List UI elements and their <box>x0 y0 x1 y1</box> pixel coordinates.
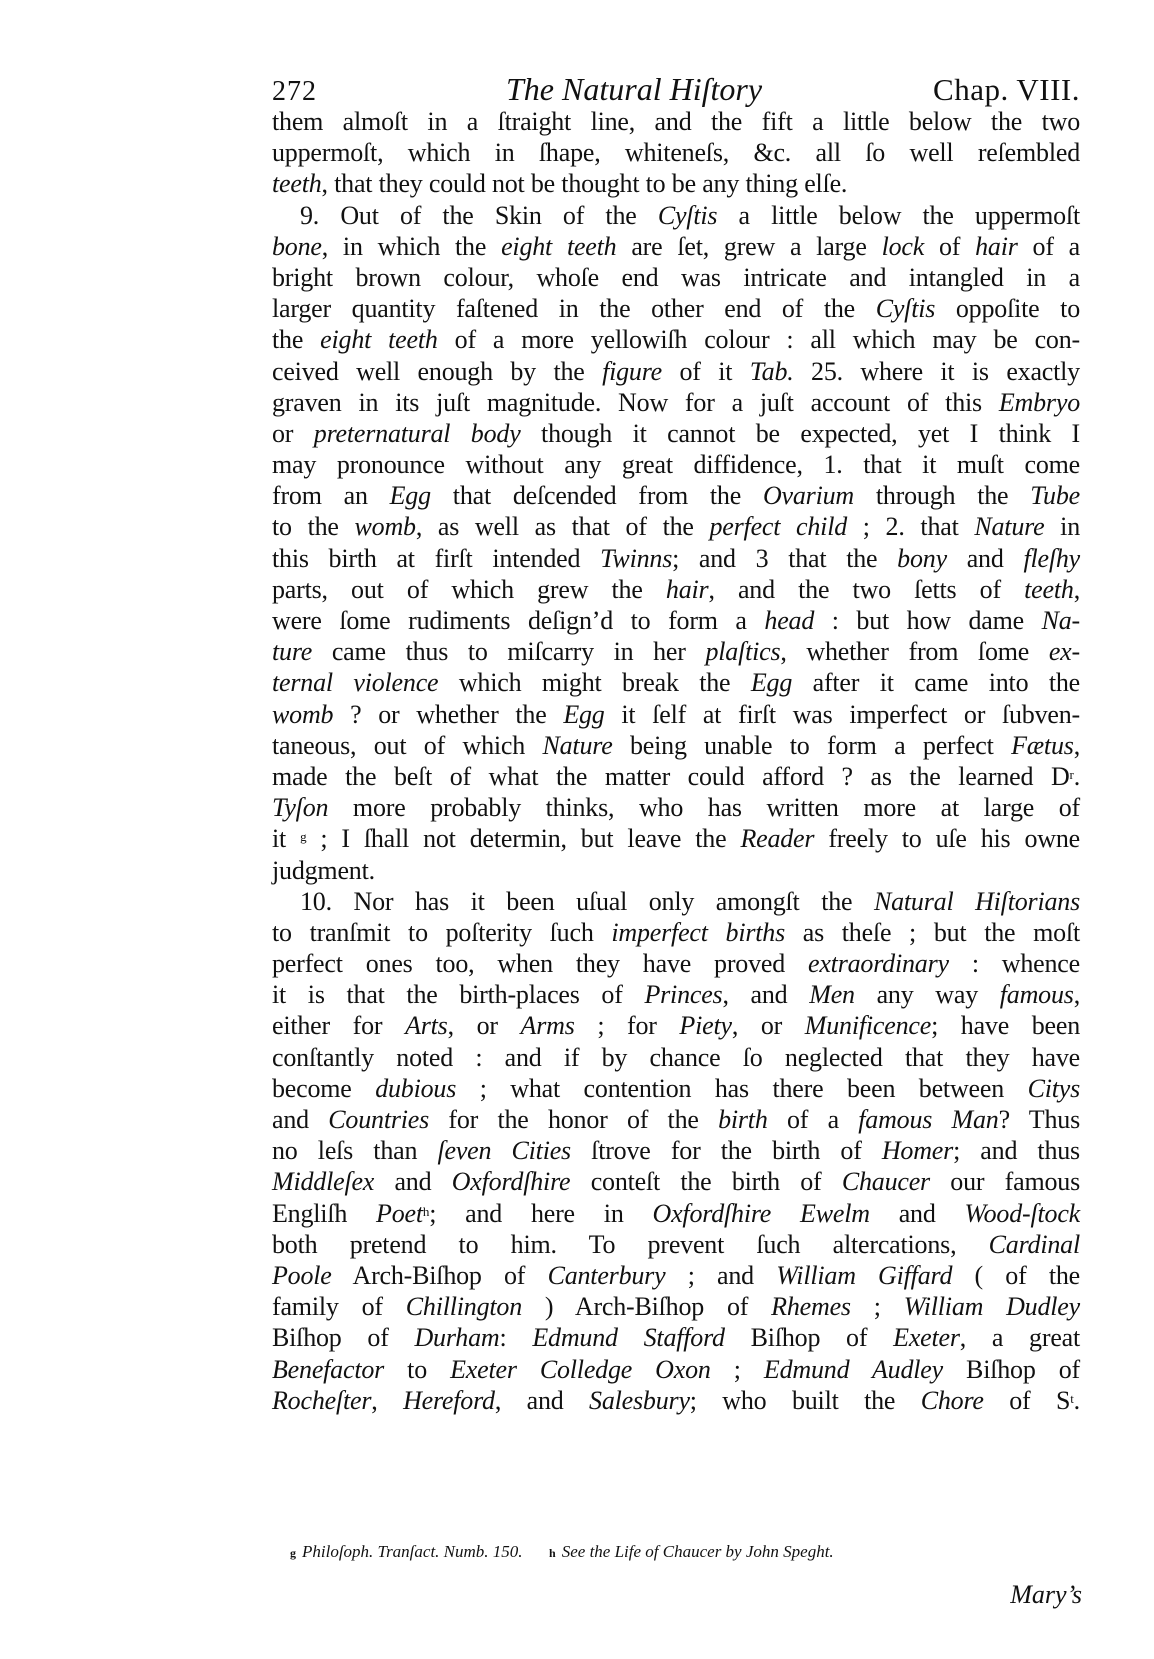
roman-text: . <box>1074 1386 1080 1415</box>
italic-text: Homer <box>882 1136 953 1165</box>
text-line: no leſs than ſeven Cities ſtrove for the… <box>272 1135 1080 1166</box>
running-title: The Natural Hiſtory <box>506 72 762 106</box>
italic-text: teeth <box>1024 575 1074 604</box>
roman-text: and <box>870 1199 965 1228</box>
roman-text: in <box>1044 512 1080 541</box>
roman-text: came thus to miſcarry in her <box>312 637 705 666</box>
footnote-mark: h <box>549 1546 556 1560</box>
roman-text: bright brown colour, whoſe end was intri… <box>272 263 1080 292</box>
roman-text: of a <box>1018 232 1080 261</box>
roman-text: Biſhop of <box>943 1355 1080 1384</box>
page-number: 272 <box>272 75 317 109</box>
roman-text: may pronounce without any great diffiden… <box>272 450 1080 479</box>
roman-text: of S <box>984 1386 1070 1415</box>
text-line: it g ; I ſhall not determin, but leave t… <box>272 823 1080 854</box>
italic-text: Nature <box>542 731 612 760</box>
roman-text: parts, out of which grew the <box>272 575 666 604</box>
roman-text: , that they could not be thought to be a… <box>322 169 848 198</box>
roman-text: though it cannot be expected, yet I thin… <box>521 419 1080 448</box>
roman-text: Engliſh <box>272 1199 376 1228</box>
roman-text: : but how dame <box>814 606 1041 635</box>
roman-text: conteſt the birth of <box>570 1167 841 1196</box>
text-line: Tyſon more probably thinks, who has writ… <box>272 792 1080 823</box>
italic-text: Fætus <box>1011 731 1074 760</box>
italic-text: Salesbury <box>589 1386 690 1415</box>
italic-text: ture <box>272 637 312 666</box>
roman-text: ; and here in <box>429 1199 652 1228</box>
italic-text: Nature <box>974 512 1044 541</box>
text-line: Biſhop of Durham: Edmund Stafford Biſhop… <box>272 1322 1080 1353</box>
italic-text: Egg <box>390 481 431 510</box>
footnote-text: Philoſoph. Tranſact. Numb. 150. <box>302 1542 523 1561</box>
roman-text: and <box>374 1167 452 1196</box>
roman-text: , <box>1074 731 1080 760</box>
italic-text: ſeven Cities <box>437 1136 571 1165</box>
roman-text: 25. where it is exactly <box>794 357 1080 386</box>
roman-text: were ſome rudiments deſign’d to form a <box>272 606 764 635</box>
italic-text: Ovarium <box>763 481 854 510</box>
footnote-g: gPhiloſoph. Tranſact. Numb. 150. <box>290 1542 527 1561</box>
italic-text: Tab. <box>750 357 794 386</box>
roman-text: perfect ones too, when they have proved <box>272 949 808 978</box>
text-line: made the beſt of what the matter could a… <box>272 761 1080 792</box>
roman-text: . <box>1074 762 1080 791</box>
text-line: ceived well enough by the figure of it T… <box>272 356 1080 387</box>
roman-text: ( of the <box>952 1261 1080 1290</box>
text-line: parts, out of which grew the hair, and t… <box>272 574 1080 605</box>
italic-text: bone <box>272 232 322 261</box>
text-line: taneous, out of which Nature being unabl… <box>272 730 1080 761</box>
italic-text: Exeter <box>893 1323 960 1352</box>
roman-text: judgment. <box>272 856 375 885</box>
text-line: the eight teeth of a more yellowiſh colo… <box>272 324 1080 355</box>
roman-text: uppermoſt, which in ſhape, whiteneſs, &c… <box>272 138 1080 167</box>
text-line: become dubious ; what contention has the… <box>272 1073 1080 1104</box>
text-line: 9. Out of the Skin of the Cyſtis a littl… <box>272 200 1080 231</box>
text-line: bright brown colour, whoſe end was intri… <box>272 262 1080 293</box>
text-line: larger quantity faſtened in the other en… <box>272 293 1080 324</box>
text-line: Engliſh Poeth; and here in Oxfordſhire E… <box>272 1198 1080 1229</box>
roman-text: ceived well enough by the <box>272 357 602 386</box>
italic-text: Chore <box>921 1386 984 1415</box>
roman-text: the <box>272 325 320 354</box>
roman-text: of a more yellowiſh colour : all which m… <box>438 325 1080 354</box>
italic-text: Egg <box>751 668 792 697</box>
text-line: womb ? or whether the Egg it ſelf at fir… <box>272 699 1080 730</box>
italic-text: Piety <box>679 1011 731 1040</box>
italic-text: dubious <box>375 1074 456 1103</box>
italic-text: Egg <box>563 700 604 729</box>
italic-text: Middleſex <box>272 1167 374 1196</box>
italic-text: ex- <box>1049 637 1080 666</box>
roman-text: through the <box>854 481 1030 510</box>
chapter-label: Chap. VIII. <box>933 73 1080 107</box>
italic-text: Benefactor <box>272 1355 384 1384</box>
text-line: conſtantly noted : and if by chance ſo n… <box>272 1042 1080 1073</box>
italic-text: womb <box>272 700 333 729</box>
roman-text: 9. Out of the Skin of the <box>300 201 658 230</box>
roman-text: this birth at firſt intended <box>272 544 600 573</box>
italic-text: Embryo <box>999 388 1080 417</box>
roman-text: : whence <box>949 949 1080 978</box>
footnote-text: See the Life of Chaucer by John Speght. <box>562 1542 834 1561</box>
roman-text: and <box>272 1105 328 1134</box>
roman-text: them almoſt in a ſtraight line, and the … <box>272 107 1080 136</box>
text-line: Benefactor to Exeter Colledge Oxon ; Edm… <box>272 1354 1080 1385</box>
text-line: to the womb, as well as that of the perf… <box>272 511 1080 542</box>
text-line: ture came thus to miſcarry in her plaſti… <box>272 636 1080 667</box>
text-line: uppermoſt, which in ſhape, whiteneſs, &c… <box>272 137 1080 168</box>
text-line: may pronounce without any great diffiden… <box>272 449 1080 480</box>
text-line: 10. Nor has it been uſual only amongſt t… <box>272 886 1080 917</box>
roman-text: that deſcended from the <box>431 481 763 510</box>
roman-text: of it <box>662 357 750 386</box>
italic-text: lock <box>882 232 925 261</box>
italic-text: Oxfordſhire <box>452 1167 571 1196</box>
text-line: either for Arts, or Arms ; for Piety, or… <box>272 1010 1080 1041</box>
roman-text: , and the two ſetts of <box>708 575 1024 604</box>
italic-text: Cyſtis <box>658 201 717 230</box>
roman-text: either for <box>272 1011 405 1040</box>
catchword: Mary’s <box>1010 1580 1082 1610</box>
roman-text: ; for <box>575 1011 680 1040</box>
roman-text: , as well as that of the <box>416 512 710 541</box>
italic-text: William Giffard <box>776 1261 952 1290</box>
italic-text: famous <box>1000 980 1074 1009</box>
roman-text: both pretend to him. To prevent ſuch alt… <box>272 1230 989 1259</box>
roman-text: ſtrove for the birth of <box>571 1136 882 1165</box>
italic-text: fleſhy <box>1023 544 1080 573</box>
roman-text: 10. Nor has it been uſual only amongſt t… <box>300 887 874 916</box>
italic-text: Poet <box>376 1199 423 1228</box>
italic-text: Na- <box>1042 606 1080 635</box>
roman-text: , whether from ſome <box>780 637 1048 666</box>
italic-text: Cyſtis <box>876 294 935 323</box>
roman-text: no leſs than <box>272 1136 437 1165</box>
italic-text: Princes <box>644 980 722 1009</box>
book-page: 272 The Natural Hiſtory Chap. VIII. them… <box>272 72 1080 1416</box>
italic-text: perfect child <box>710 512 848 541</box>
roman-text: become <box>272 1074 375 1103</box>
roman-text: any way <box>855 980 1000 1009</box>
italic-text: extraordinary <box>808 949 949 978</box>
roman-text: taneous, out of which <box>272 731 542 760</box>
text-line: it is that the birth-places of Princes, … <box>272 979 1080 1010</box>
italic-text: Twinns <box>600 544 672 573</box>
roman-text: which might break the <box>438 668 750 697</box>
roman-text: ; <box>711 1355 764 1384</box>
roman-text: , or <box>732 1011 805 1040</box>
text-line: were ſome rudiments deſign’d to form a h… <box>272 605 1080 636</box>
roman-text: ; <box>851 1292 904 1321</box>
italic-text: Chillington <box>406 1292 522 1321</box>
roman-text: ; I ſhall not determin, but leave the <box>306 824 740 853</box>
italic-text: Durham <box>414 1323 499 1352</box>
roman-text: ) Arch-Biſhop of <box>522 1292 771 1321</box>
text-line: Poole Arch-Biſhop of Canterbury ; and Wi… <box>272 1260 1080 1291</box>
italic-text: William Dudley <box>904 1292 1080 1321</box>
italic-text: Countries <box>328 1105 429 1134</box>
text-line: to tranſmit to poſterity ſuch imperfect … <box>272 917 1080 948</box>
roman-text: ; what contention has there been between <box>456 1074 1027 1103</box>
roman-text: ; who built the <box>690 1386 921 1415</box>
footnote-h: hSee the Life of Chaucer by John Speght. <box>549 1542 834 1561</box>
roman-text: it ſelf at firſt was imperfect or ſubven… <box>605 700 1080 729</box>
footnotes: gPhiloſoph. Tranſact. Numb. 150. hSee th… <box>290 1542 1070 1562</box>
roman-text: oppoſite to <box>935 294 1080 323</box>
italic-text: eight teeth <box>320 325 438 354</box>
roman-text: of a <box>768 1105 859 1134</box>
italic-text: preternatural body <box>314 419 521 448</box>
roman-text: ; 2. that <box>847 512 974 541</box>
body-text: them almoſt in a ſtraight line, and the … <box>272 106 1080 1416</box>
italic-text: Oxfordſhire Ewelm <box>653 1199 870 1228</box>
italic-text: bony <box>897 544 947 573</box>
text-line: from an Egg that deſcended from the Ovar… <box>272 480 1080 511</box>
text-line: family of Chillington ) Arch-Biſhop of R… <box>272 1291 1080 1322</box>
roman-text: : <box>500 1323 533 1352</box>
roman-text: family of <box>272 1292 406 1321</box>
text-line: ternal violence which might break the Eg… <box>272 667 1080 698</box>
italic-text: teeth <box>272 169 322 198</box>
roman-text: Biſhop of <box>272 1323 414 1352</box>
text-line: and Countries for the honor of the birth… <box>272 1104 1080 1135</box>
roman-text: ; and thus <box>953 1136 1080 1165</box>
text-line: Rocheſter, Hereford, and Salesbury; who … <box>272 1385 1080 1416</box>
running-header: 272 The Natural Hiſtory Chap. VIII. <box>272 72 1080 106</box>
roman-text: are ſet, grew a large <box>616 232 881 261</box>
roman-text: Biſhop of <box>725 1323 893 1352</box>
italic-text: head <box>764 606 814 635</box>
roman-text: graven in its juſt magnitude. Now for a … <box>272 388 999 417</box>
italic-text: Chaucer <box>842 1167 930 1196</box>
text-line: both pretend to him. To prevent ſuch alt… <box>272 1229 1080 1260</box>
text-line: judgment. <box>272 855 1080 886</box>
italic-text: figure <box>602 357 662 386</box>
text-line: or preternatural body though it cannot b… <box>272 418 1080 449</box>
italic-text: Munificence <box>805 1011 931 1040</box>
text-line: perfect ones too, when they have proved … <box>272 948 1080 979</box>
text-line: graven in its juſt magnitude. Now for a … <box>272 387 1080 418</box>
roman-text: made the beſt of what the matter could a… <box>272 762 1070 791</box>
italic-text: womb <box>355 512 416 541</box>
italic-text: Canterbury <box>548 1261 666 1290</box>
italic-text: Edmund Stafford <box>532 1323 725 1352</box>
footnote-mark: g <box>290 1546 296 1560</box>
roman-text: from an <box>272 481 390 510</box>
italic-text: Reader <box>740 824 814 853</box>
roman-text: , a great <box>960 1323 1080 1352</box>
roman-text: , and <box>722 980 809 1009</box>
roman-text: to <box>384 1355 450 1384</box>
italic-text: birth <box>718 1105 768 1134</box>
text-line: them almoſt in a ſtraight line, and the … <box>272 106 1080 137</box>
roman-text: ; and <box>665 1261 776 1290</box>
italic-text: Cardinal <box>989 1230 1080 1259</box>
roman-text: Arch-Biſhop of <box>332 1261 548 1290</box>
roman-text: to tranſmit to poſterity ſuch <box>272 918 611 947</box>
roman-text: or <box>272 419 314 448</box>
italic-text: Men <box>809 980 855 1009</box>
roman-text: , or <box>448 1011 521 1040</box>
italic-text: Rhemes <box>771 1292 851 1321</box>
roman-text: , <box>371 1386 403 1415</box>
roman-text: larger quantity faſtened in the other en… <box>272 294 876 323</box>
roman-text: conſtantly noted : and if by chance ſo n… <box>272 1043 1080 1072</box>
italic-text: Tyſon <box>272 793 328 822</box>
text-line: teeth, that they could not be thought to… <box>272 168 1080 199</box>
roman-text: to the <box>272 512 355 541</box>
italic-text: Arts <box>405 1011 448 1040</box>
italic-text: ternal violence <box>272 668 438 697</box>
roman-text: our famous <box>930 1167 1080 1196</box>
roman-text: ? or whether the <box>333 700 563 729</box>
italic-text: Citys <box>1028 1074 1080 1103</box>
italic-text: Arms <box>521 1011 575 1040</box>
text-line: this birth at firſt intended Twinns; and… <box>272 543 1080 574</box>
roman-text: , in which the <box>322 232 501 261</box>
text-line: Middleſex and Oxfordſhire conteſt the bi… <box>272 1166 1080 1197</box>
italic-text: Natural Hiſtorians <box>874 887 1080 916</box>
roman-text: ; and 3 that the <box>672 544 897 573</box>
roman-text: it is that the birth-places of <box>272 980 644 1009</box>
italic-text: imperfect births <box>611 918 785 947</box>
roman-text: ? Thus <box>999 1105 1080 1134</box>
italic-text: famous Man <box>858 1105 998 1134</box>
roman-text: and <box>947 544 1024 573</box>
italic-text: hair <box>975 232 1018 261</box>
roman-text: as theſe ; but the moſt <box>785 918 1080 947</box>
italic-text: eight teeth <box>501 232 616 261</box>
italic-text: Rocheſter <box>272 1386 371 1415</box>
roman-text: of <box>924 232 975 261</box>
roman-text: after it came into the <box>792 668 1080 697</box>
roman-text: , <box>1074 980 1080 1009</box>
italic-text: hair <box>666 575 709 604</box>
italic-text: Hereford <box>403 1386 495 1415</box>
italic-text: Edmund Audley <box>764 1355 943 1384</box>
text-line: bone, in which the eight teeth are ſet, … <box>272 231 1080 262</box>
roman-text: , <box>1074 575 1080 604</box>
roman-text: a little below the uppermoſt <box>717 201 1080 230</box>
roman-text: freely to uſe his owne <box>814 824 1080 853</box>
roman-text: ; have been <box>931 1011 1080 1040</box>
roman-text: , and <box>495 1386 589 1415</box>
italic-text: plaſtics <box>705 637 780 666</box>
italic-text: Tube <box>1030 481 1080 510</box>
italic-text: Wood-ſtock <box>965 1199 1080 1228</box>
roman-text: it <box>272 824 300 853</box>
italic-text: Poole <box>272 1261 332 1290</box>
roman-text: for the honor of the <box>429 1105 718 1134</box>
roman-text: more probably thinks, who has written mo… <box>328 793 1080 822</box>
roman-text: being unable to form a perfect <box>613 731 1012 760</box>
italic-text: Exeter Colledge Oxon <box>450 1355 711 1384</box>
